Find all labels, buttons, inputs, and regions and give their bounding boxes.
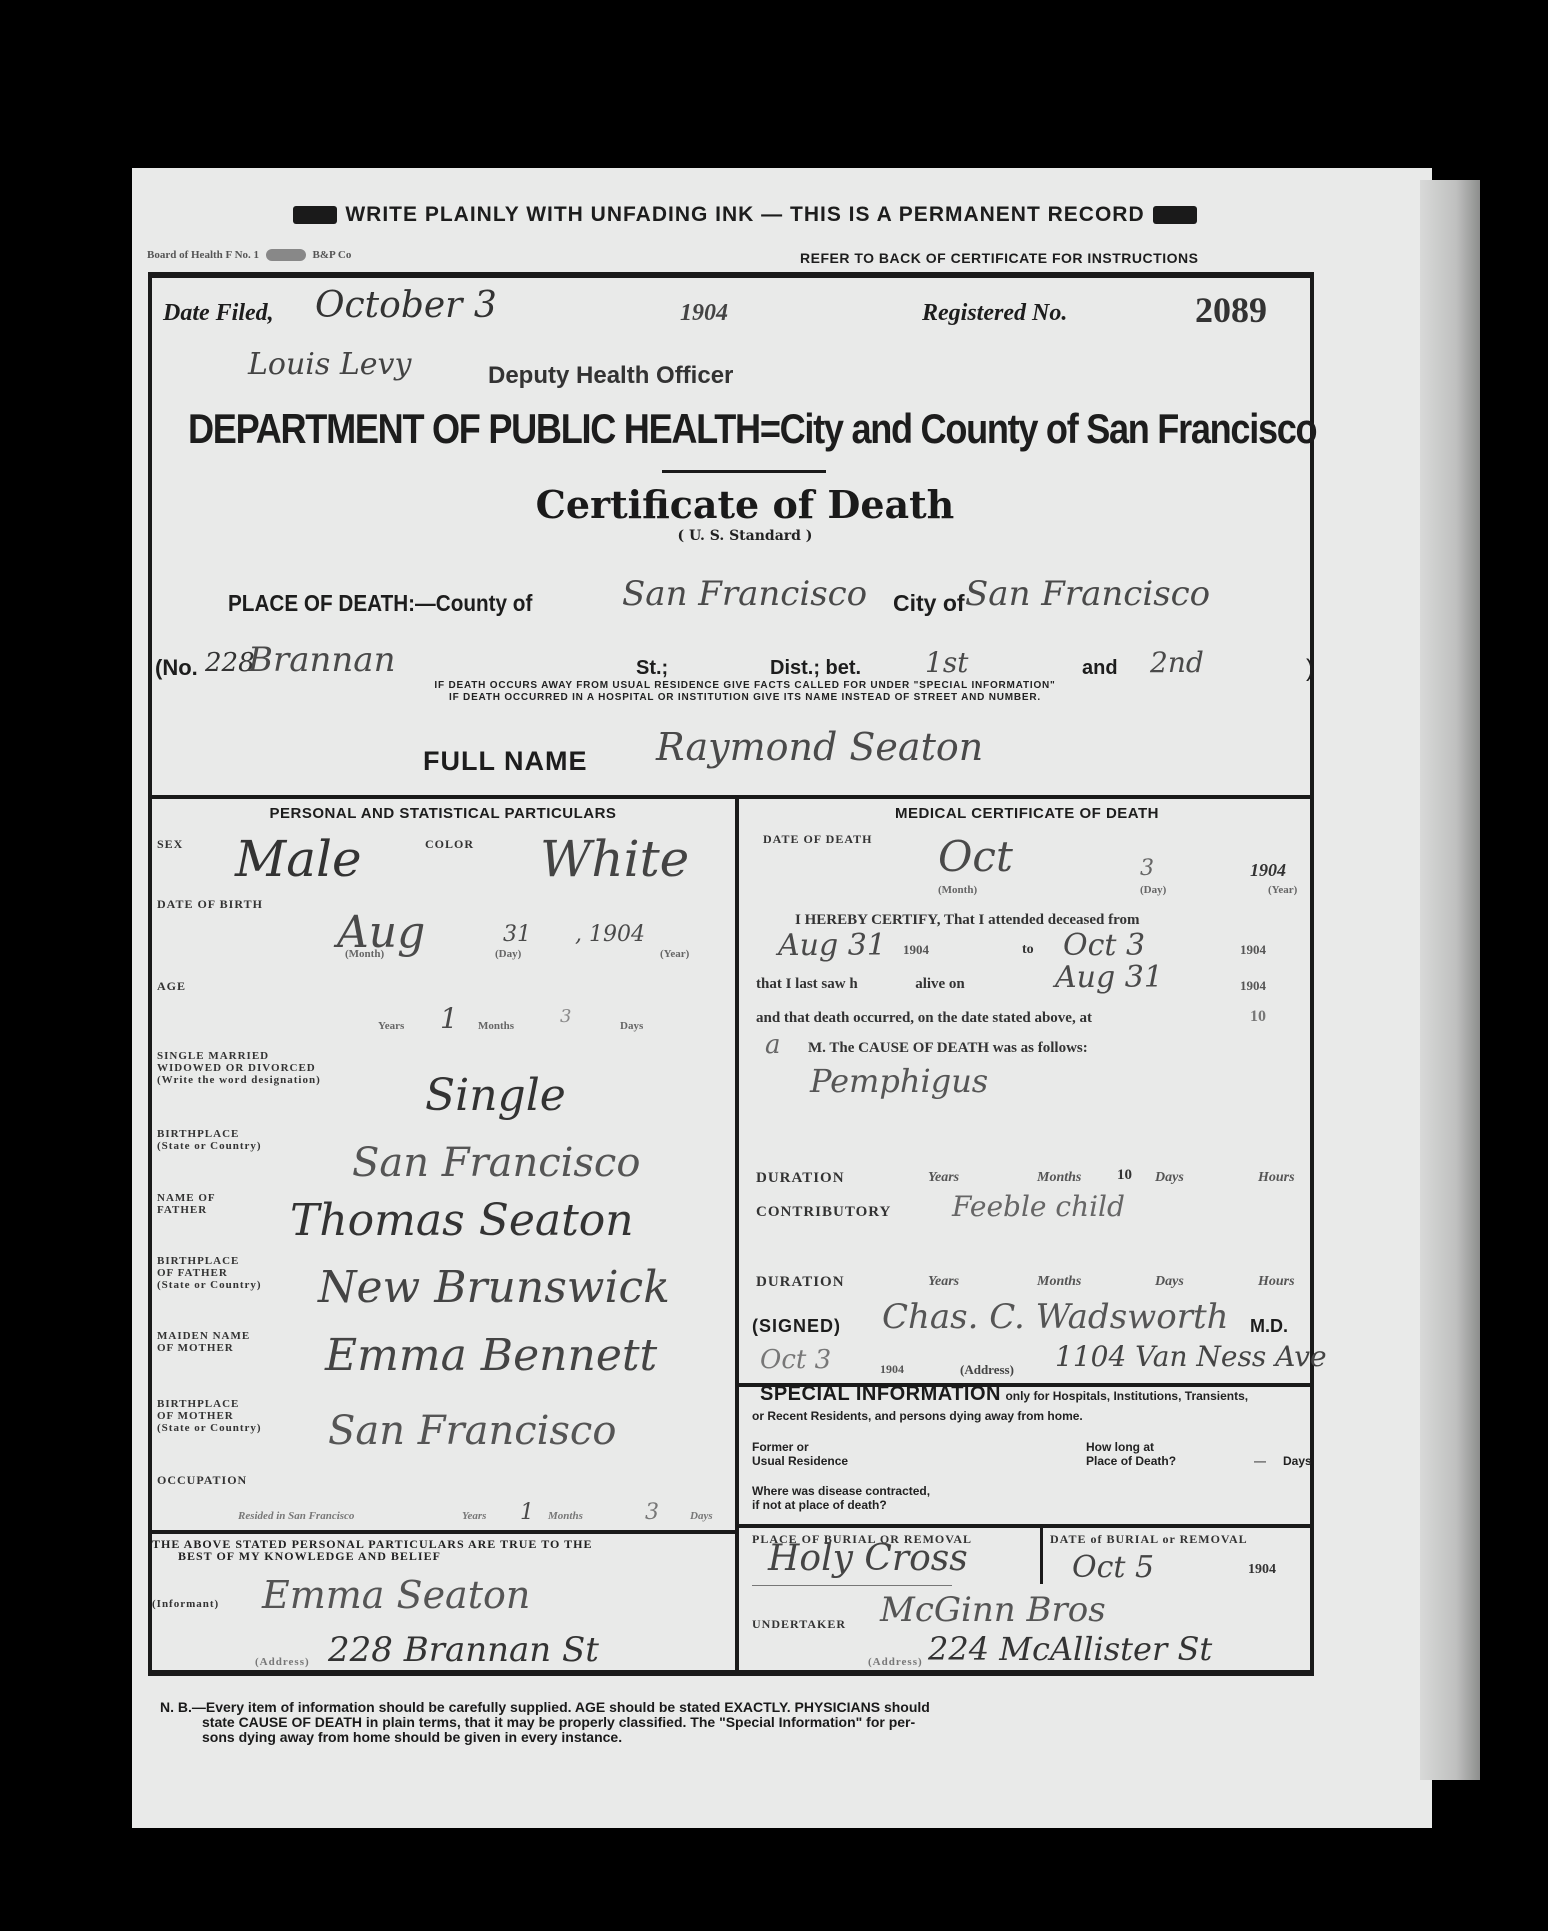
resided-years-caption: Years [462,1510,486,1522]
special-heading-note-1: only for Hospitals, Institutions, Transi… [1005,1389,1248,1403]
how-long-label-1: How long at [1086,1440,1176,1454]
color-value: White [540,830,689,888]
dod-month-caption: (Month) [938,884,977,896]
physician-address: 1104 Van Ness Ave [1055,1340,1327,1373]
residence-note-line-2: IF DEATH OCCURRED IN A HOSPITAL OR INSTI… [300,692,1190,704]
county-value: San Francisco [622,574,867,614]
days-label: Days [1283,1454,1312,1468]
form-number: Board of Health F No. 1 [147,249,259,261]
residence-note-line-1: IF DEATH OCCURS AWAY FROM USUAL RESIDENC… [300,680,1190,692]
dod-year-caption: (Year) [1268,884,1297,896]
mother-label: MAIDEN NAME OF MOTHER [157,1330,250,1354]
signed-date: Oct 3 [760,1345,831,1375]
dob-day: 31 [503,922,531,947]
undertaker-name: McGinn Bros [880,1590,1106,1630]
form-info: Board of Health F No. 1 B&P Co [147,249,351,261]
dob-label: DATE OF BIRTH [157,898,263,911]
father-label-line-2: FATHER [157,1204,216,1216]
place-of-death-label: PLACE OF DEATH:—County of [228,590,532,617]
resided-months-caption: Months [548,1510,583,1522]
attended-from-year: 1904 [903,942,929,958]
dist-label: Dist.; bet. [770,657,861,680]
duration-days-caption: Days [1155,1170,1184,1186]
duration2-months-caption: Months [1037,1274,1081,1290]
and-label: and [1082,657,1118,680]
medical-heading: MEDICAL CERTIFICATE OF DEATH [742,805,1312,822]
date-filed-label: Date Filed, [163,300,274,327]
dod-month: Oct [938,832,1013,881]
resided-label: Resided in San Francisco [238,1510,354,1522]
filed-year: 1904 [680,300,728,327]
mother-birthplace-label-line-1: BIRTHPLACE [157,1398,262,1410]
close-paren: ) [1306,655,1314,683]
cause-of-death: Pemphigus [810,1062,988,1100]
city-label: City of [893,590,965,617]
title-divider [662,470,826,473]
resided-days: 3 [645,1500,659,1525]
burial-place: Holy Cross [768,1538,968,1579]
st-label: St.; [636,657,668,680]
burial-date-label: DATE of BURIAL or REMOVAL [1050,1533,1248,1546]
registered-label: Registered No. [922,300,1067,327]
age-days: 3 [560,1006,571,1027]
street-no-label: (No. [155,655,198,681]
mother-birthplace-label: BIRTHPLACE OF MOTHER (State or Country) [157,1398,262,1434]
banner-text: WRITE PLAINLY WITH UNFADING INK — THIS I… [345,203,1144,226]
duration2-label: DURATION [756,1274,845,1291]
footer-note-line-3: sons dying away from home should be give… [160,1730,1260,1745]
contributory-label: CONTRIBUTORY [756,1204,891,1221]
union-seal-icon [266,249,306,261]
informant-label: (Informant) [152,1598,219,1611]
burial-column-divider [1040,1524,1043,1584]
duration2-hours-caption: Hours [1258,1274,1295,1290]
mother-label-line-1: MAIDEN NAME [157,1330,250,1342]
duration-years-caption: Years [928,1170,959,1186]
how-long-label-2: Place of Death? [1086,1454,1176,1468]
sex-value: Male [235,830,362,888]
residence-note: IF DEATH OCCURS AWAY FROM USUAL RESIDENC… [300,680,1190,704]
dob-year-caption: (Year) [660,948,689,960]
former-residence-label-2: Usual Residence [752,1454,848,1468]
informant-address: 228 Brannan St [328,1630,599,1670]
attended-to: Oct 3 [1063,928,1145,963]
physician-signature: Chas. C. Wadsworth [882,1297,1229,1337]
full-name-label: FULL NAME [423,746,588,777]
meridiem: a [765,1030,781,1060]
father-label: NAME OF FATHER [157,1192,216,1216]
sex-label: SEX [157,838,183,851]
to-label: to [1022,942,1034,958]
footer-note: N. B.—Every item of information should b… [160,1700,1260,1745]
dod-day: 3 [1140,856,1154,881]
department-title: DEPARTMENT OF PUBLIC HEALTH=City and Cou… [188,405,1143,453]
duration2-years-caption: Years [928,1274,959,1290]
duration2-days-caption: Days [1155,1274,1184,1290]
last-saw-text: that I last saw h alive on [756,976,965,993]
last-saw-text-1: that I last saw h [756,976,858,992]
dob-day-caption: (Day) [495,948,521,960]
banner: WRITE PLAINLY WITH UNFADING INK — THIS I… [205,203,1285,227]
birthplace-label-line-1: BIRTHPLACE [157,1128,262,1140]
informant-statement: THE ABOVE STATED PERSONAL PARTICULARS AR… [152,1538,592,1562]
between-1: 1st [925,646,968,679]
undertaker-label: UNDERTAKER [752,1618,846,1631]
undertaker-address: 224 McAllister St [928,1630,1212,1668]
date-filed-value: October 3 [315,285,497,326]
mother-birthplace-label-line-3: (State or Country) [157,1422,262,1434]
informant-statement-line-2: BEST OF MY KNOWLEDGE AND BELIEF [152,1550,592,1562]
contracted-label: Where was disease contracted, if not at … [752,1484,930,1512]
md-label: M.D. [1250,1316,1288,1337]
personal-heading: PERSONAL AND STATISTICAL PARTICULARS [158,805,728,822]
registered-number: 2089 [1195,289,1267,331]
special-heading-note-2: or Recent Residents, and persons dying a… [752,1409,1083,1423]
special-heading: SPECIAL INFORMATION only for Hospitals, … [760,1387,1310,1403]
age-days-caption: Days [620,1020,643,1032]
father-birthplace-label-line-1: BIRTHPLACE [157,1255,262,1267]
age-months-caption: Months [478,1020,514,1032]
footer-note-line-1: N. B.—Every item of information should b… [160,1700,1260,1715]
between-2: 2nd [1150,646,1204,679]
marital-value: Single [425,1070,566,1121]
full-name-value: Raymond Seaton [656,725,983,769]
duration-label: DURATION [756,1170,845,1187]
officer-title: Deputy Health Officer [488,362,733,390]
dod-day-caption: (Day) [1140,884,1166,896]
attended-to-year: 1904 [1240,942,1266,958]
marital-label-line-2: WIDOWED OR DIVORCED [157,1062,321,1074]
color-label: COLOR [425,838,474,851]
burial-divider [737,1524,1314,1528]
certificate-title: Certificate of Death [505,482,985,527]
father-value: Thomas Seaton [290,1195,634,1246]
birthplace-label: BIRTHPLACE (State or Country) [157,1128,262,1152]
former-residence-label: Former or Usual Residence [752,1440,848,1468]
age-label: AGE [157,980,186,993]
birthplace-label-line-2: (State or Country) [157,1140,262,1152]
contracted-label-2: if not at place of death? [752,1498,930,1512]
dob-year: , 1904 [575,922,645,947]
burial-year: 1904 [1248,1562,1276,1578]
duration-months-value: 10 [1117,1167,1132,1184]
certify-text: I HEREBY CERTIFY, That I attended deceas… [795,912,1140,929]
informant-divider [150,1530,737,1534]
refer-instructions: REFER TO BACK OF CERTIFICATE FOR INSTRUC… [800,250,1198,266]
informant-name: Emma Seaton [262,1573,530,1617]
informant-address-label: (Address) [255,1656,310,1669]
signed-year: 1904 [880,1362,904,1377]
last-saw-year: 1904 [1240,978,1266,994]
how-long-value: — [1254,1454,1266,1468]
age-months: 1 [440,1002,458,1035]
city-value: San Francisco [965,574,1210,614]
contributory-value: Feeble child [952,1190,1125,1223]
officer-signature: Louis Levy [248,347,411,382]
burial-place-underline [752,1585,952,1586]
footer-note-line-2: state CAUSE OF DEATH in plain terms, tha… [160,1715,1260,1730]
marital-label: SINGLE MARRIED WIDOWED OR DIVORCED (Writ… [157,1050,321,1086]
mother-birthplace-label-line-2: OF MOTHER [157,1410,262,1422]
time-of-death: 10 [1250,1008,1266,1026]
street-name: Brannan [248,640,395,680]
attended-from: Aug 31 [778,928,886,963]
section-top-line [150,795,1314,799]
father-birthplace-label-line-2: OF FATHER [157,1267,262,1279]
father-birthplace-label-line-3: (State or Country) [157,1279,262,1291]
physician-address-label: (Address) [960,1362,1014,1378]
former-residence-label-1: Former or [752,1440,848,1454]
duration-hours-caption: Hours [1258,1170,1295,1186]
pointing-hand-icon [1153,206,1197,224]
marital-label-line-1: SINGLE MARRIED [157,1050,321,1062]
dod-year: 1904 [1250,860,1286,881]
page-edge [1420,180,1480,1780]
us-standard: ( U. S. Standard ) [605,528,885,544]
undertaker-address-label: (Address) [868,1656,923,1669]
mother-birthplace-value: San Francisco [328,1408,616,1454]
burial-date: Oct 5 [1072,1550,1154,1585]
resided-days-caption: Days [690,1510,713,1522]
marital-label-line-3: (Write the word designation) [157,1074,321,1086]
contracted-label-1: Where was disease contracted, [752,1484,930,1498]
cause-text: M. The CAUSE OF DEATH was as follows: [808,1040,1088,1057]
mother-value: Emma Bennett [325,1330,657,1381]
column-divider [735,795,739,1675]
last-saw-date: Aug 31 [1055,960,1163,995]
printer-mark: B&P Co [313,249,352,261]
mother-label-line-2: OF MOTHER [157,1342,250,1354]
age-years-caption: Years [378,1020,404,1032]
resided-months: 1 [520,1500,534,1525]
last-saw-text-2: alive on [915,976,965,992]
how-long-label: How long at Place of Death? [1086,1440,1176,1468]
father-label-line-1: NAME OF [157,1192,216,1204]
pointing-hand-icon [293,206,337,224]
special-heading-title: SPECIAL INFORMATION [760,1383,1001,1405]
signed-label: (SIGNED) [752,1316,841,1337]
occupation-label: OCCUPATION [157,1474,247,1487]
dod-label: DATE OF DEATH [763,833,872,846]
father-birthplace-value: New Brunswick [318,1262,670,1313]
occurred-text: and that death occurred, on the date sta… [756,1010,1092,1027]
birthplace-value: San Francisco [352,1140,640,1186]
dob-month-caption: (Month) [345,948,384,960]
duration-months-caption: Months [1037,1170,1081,1186]
father-birthplace-label: BIRTHPLACE OF FATHER (State or Country) [157,1255,262,1291]
